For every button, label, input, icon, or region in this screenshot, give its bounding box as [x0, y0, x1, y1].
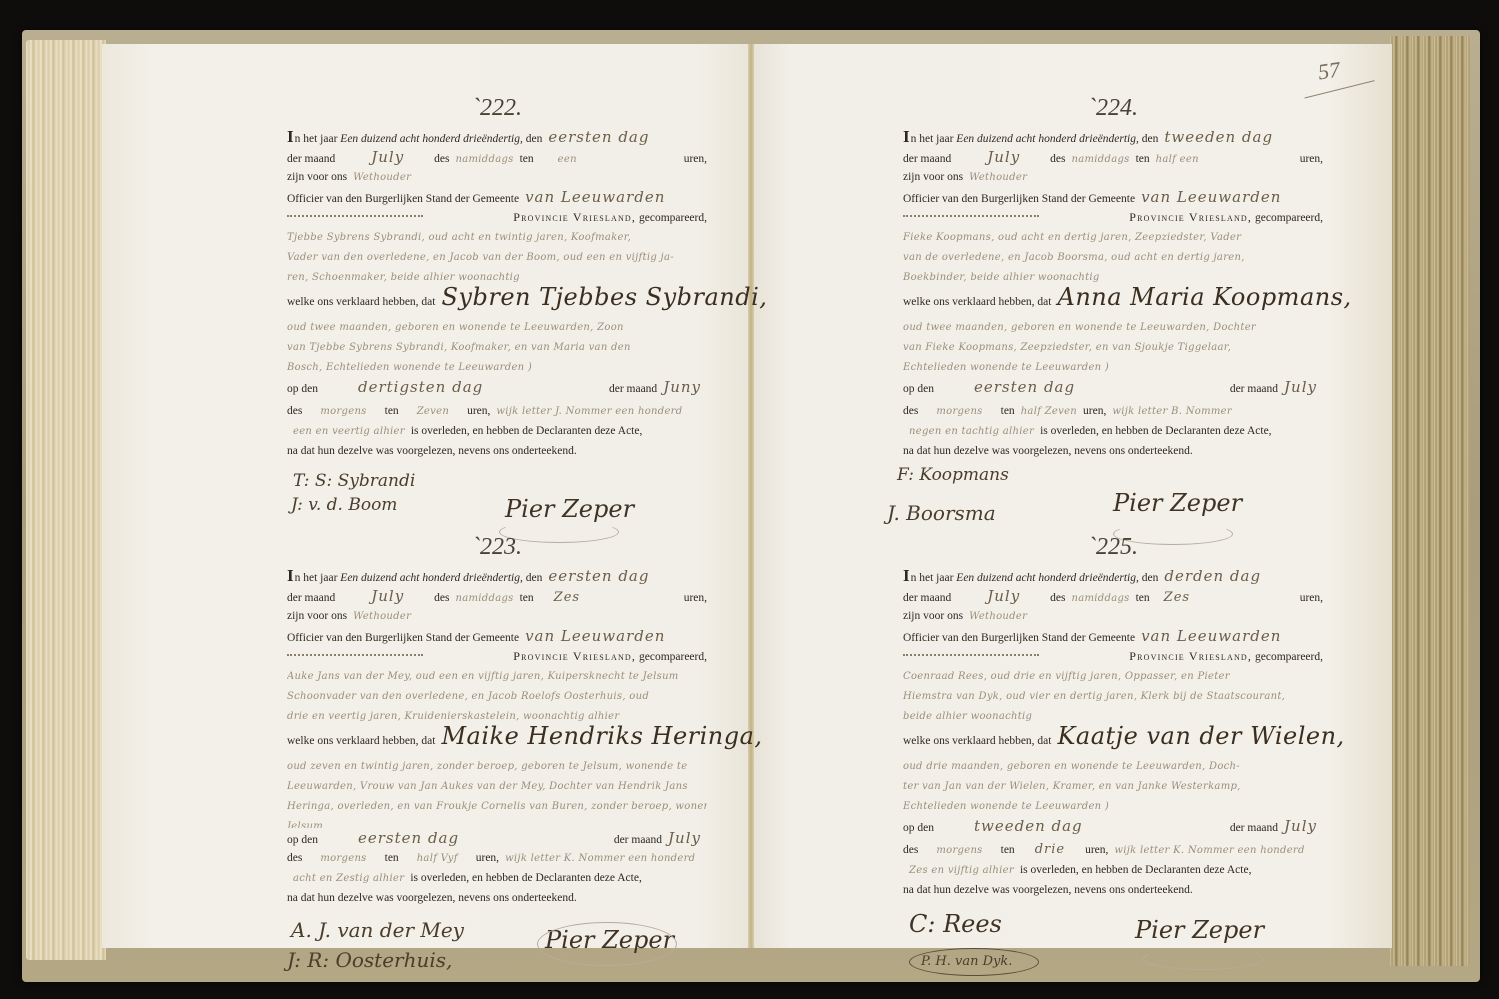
comparant-line: Tjebbe Sybrens Sybrandi, oud acht en twi…	[287, 227, 707, 247]
filler-rule	[903, 215, 1039, 217]
officer-signature: Pier Zeper	[505, 499, 634, 519]
filler-rule	[287, 215, 423, 217]
signature-flourish	[1143, 948, 1263, 970]
death-hour: half Vyf	[399, 849, 476, 869]
act-number: `225.	[903, 532, 1323, 562]
act-224: `224. I n het jaar Een duizend acht hond…	[903, 93, 1323, 549]
detail-line: oud twee maanden, geboren en wonende te …	[903, 317, 1323, 337]
book-gutter	[748, 44, 754, 948]
declarant-signature: A. J. van der Mey	[291, 920, 464, 940]
death-day: tweeden dag	[934, 816, 1089, 836]
act-number: `223.	[287, 532, 707, 562]
death-part-of-day: morgens	[302, 402, 384, 422]
registration-day: eersten dag	[542, 127, 655, 147]
comparant-line: Auke Jans van der Mey, oud een en vijfti…	[287, 666, 707, 686]
initial-letter: I	[287, 127, 294, 147]
official-title: Wethouder	[347, 168, 417, 188]
deceased-name: Maike Hendriks Heringa,	[435, 726, 768, 746]
right-page-edges	[1390, 36, 1470, 966]
registration-month: July	[335, 147, 434, 167]
registration-day: tweeden dag	[1158, 127, 1279, 147]
detail-line: Jelsum	[287, 816, 707, 828]
death-hour: Zeven	[399, 402, 467, 422]
comparant-line: Vader van den overledene, en Jacob van d…	[287, 247, 707, 267]
death-hour: half Zeven	[1015, 402, 1083, 422]
municipality: van Leeuwarden	[519, 187, 671, 207]
filler-rule	[903, 654, 1039, 656]
detail-line: van Fieke Koopmans, Zeepziedster, en van…	[903, 337, 1323, 357]
initial-letter: I	[287, 566, 294, 586]
registration-month: July	[951, 147, 1050, 167]
declarant-signature: J: R: Oosterhuis,	[287, 950, 452, 970]
death-address: wijk letter K. Nommer een honderd	[499, 849, 701, 869]
signature-oval	[909, 948, 1039, 976]
act-line-year: I n het jaar Een duizend acht honderd dr…	[287, 127, 707, 147]
death-day: eersten dag	[318, 828, 465, 848]
registration-month: July	[951, 586, 1050, 606]
comparant-line: Fieke Koopmans, oud acht en dertig jaren…	[903, 227, 1323, 247]
detail-line: Echtelieden wonende te Leeuwarden )	[903, 796, 1323, 816]
act-number: `224.	[903, 93, 1323, 123]
registration-month: July	[335, 586, 434, 606]
officer-signature: Pier Zeper	[1113, 493, 1242, 513]
detail-line: oud drie maanden, geboren en wonende te …	[903, 756, 1323, 776]
death-day: eersten dag	[934, 377, 1081, 397]
comparant-line: van de overledene, en Jacob Boorsma, oud…	[903, 247, 1323, 267]
comparant-line: Hiemstra van Dyk, oud vier en dertig jar…	[903, 686, 1323, 706]
deceased-name: Sybren Tjebbes Sybrandi,	[435, 287, 773, 307]
death-part-of-day: morgens	[302, 849, 384, 869]
detail-line: Echtelieden wonende te Leeuwarden )	[903, 357, 1323, 377]
initial-letter: I	[903, 127, 910, 147]
death-address: wijk letter K. Nommer een honderd	[1108, 841, 1310, 861]
death-month: July	[1278, 377, 1323, 397]
comparant-line: Schoonvader van den overledene, en Jacob…	[287, 686, 707, 706]
declarant-signature: J. Boorsma	[887, 503, 996, 523]
declarant-signature: J: v. d. Boom	[291, 495, 397, 515]
death-day: dertigsten dag	[318, 377, 489, 397]
detail-line: van Tjebbe Sybrens Sybrandi, Koofmaker, …	[287, 337, 707, 357]
detail-line: ter van Jan van der Wielen, Kramer, en v…	[903, 776, 1323, 796]
registration-day: eersten dag	[542, 566, 655, 586]
officer-signature: Pier Zeper	[1135, 920, 1264, 940]
registration-hour: Zes	[534, 588, 600, 608]
act-225: `225. I n het jaar Een duizend acht hond…	[903, 532, 1323, 988]
deceased-name: Kaatje van der Wielen,	[1051, 726, 1350, 746]
municipality: van Leeuwarden	[519, 626, 671, 646]
death-part-of-day: morgens	[918, 402, 1000, 422]
death-month: July	[662, 828, 707, 848]
death-hour: drie	[1015, 840, 1085, 860]
declarant-signature: C: Rees	[909, 914, 1002, 934]
municipality: van Leeuwarden	[1135, 626, 1287, 646]
official-title: Wethouder	[963, 607, 1033, 627]
municipality: van Leeuwarden	[1135, 187, 1287, 207]
death-part-of-day: morgens	[918, 841, 1000, 861]
detail-line: oud zeven en twintig jaren, zonder beroe…	[287, 756, 707, 776]
registration-day: derden dag	[1158, 566, 1267, 586]
official-title: Wethouder	[963, 168, 1033, 188]
registration-hour: Zes	[1150, 588, 1204, 608]
signature-block: A. J. van der Mey J: R: Oosterhuis, Pier…	[287, 916, 707, 996]
act-222: `222. I n het jaar Een duizend acht hond…	[287, 93, 707, 549]
official-title: Wethouder	[347, 607, 417, 627]
death-month: Juny	[657, 377, 707, 397]
signature-block: C: Rees P. H. van Dyk. Pier Zeper	[903, 908, 1323, 988]
act-223: `223. I n het jaar Een duizend acht hond…	[287, 532, 707, 996]
detail-line: Leeuwarden, Vrouw van Jan Aukes van der …	[287, 776, 707, 796]
filler-rule	[287, 654, 423, 656]
detail-line: oud twee maanden, geboren en wonende te …	[287, 317, 707, 337]
comparant-line: Coenraad Rees, oud drie en vijftig jaren…	[903, 666, 1323, 686]
declarant-signature: F: Koopmans	[897, 465, 1009, 485]
detail-line: Heringa, overleden, en van Froukje Corne…	[287, 796, 707, 816]
left-page-edges	[26, 40, 106, 960]
death-month: July	[1278, 816, 1323, 836]
act-number: `222.	[287, 93, 707, 123]
death-address: wijk letter J. Nommer een honderd	[490, 402, 688, 422]
declarant-signature: T: S: Sybrandi	[293, 471, 415, 491]
initial-letter: I	[903, 566, 910, 586]
death-address: wijk letter B. Nommer	[1106, 402, 1238, 422]
deceased-name: Anna Maria Koopmans,	[1051, 287, 1357, 307]
detail-line: Bosch, Echtelieden wonende te Leeuwarden…	[287, 357, 707, 377]
signature-flourish	[537, 922, 677, 966]
